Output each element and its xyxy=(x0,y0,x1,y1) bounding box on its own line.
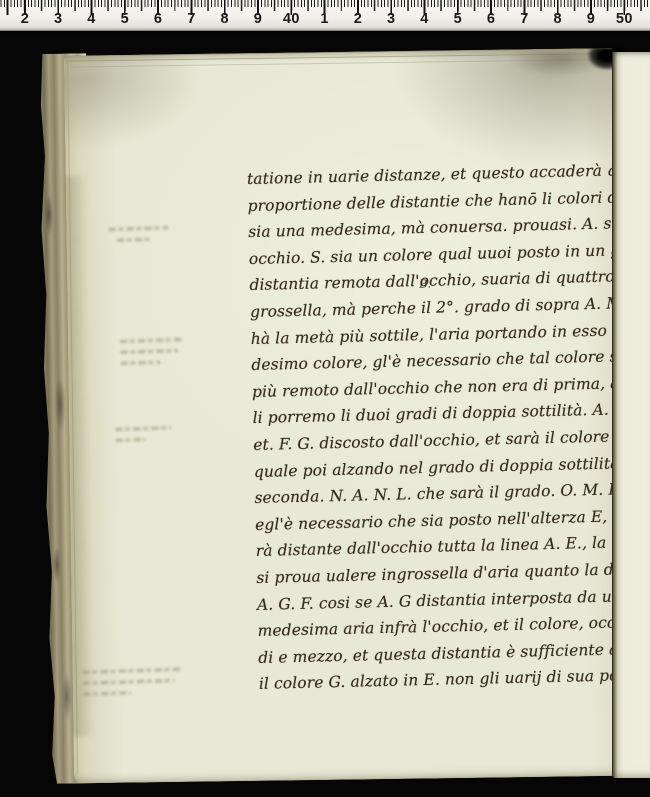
ruler-number: 6 xyxy=(154,11,163,27)
photograph-of-manuscript: 234567894012345678950 tatione xyxy=(0,0,650,797)
ruler-number: 5 xyxy=(454,11,463,27)
ruler-number: 7 xyxy=(520,11,529,27)
next-page-sliver xyxy=(612,52,650,778)
ruler-number: 1 xyxy=(320,11,329,27)
ruler-number: 4 xyxy=(420,11,429,27)
ruler-number: 40 xyxy=(283,11,300,27)
bleedthrough-note xyxy=(115,419,176,450)
book-page: tatione in uarie distanze, et questo acc… xyxy=(30,42,624,788)
ruler-number: 9 xyxy=(587,11,596,27)
ruler-number: 4 xyxy=(87,11,96,27)
ruler-number: 50 xyxy=(616,11,633,27)
bleedthrough-note xyxy=(108,219,171,250)
ruler: 234567894012345678950 xyxy=(0,0,650,31)
ruler-number: 6 xyxy=(487,11,496,27)
ruler-number: 2 xyxy=(21,11,30,27)
ruler-number: 3 xyxy=(387,11,396,27)
ruler-number: 7 xyxy=(187,11,196,27)
ruler-number: 5 xyxy=(121,11,130,27)
bleedthrough-note xyxy=(82,660,187,703)
ruler-number: 9 xyxy=(254,11,263,27)
ruler-number: 3 xyxy=(54,11,63,27)
bleedthrough-note xyxy=(120,330,187,372)
superscript-note: B. xyxy=(419,278,431,291)
ruler-number: 8 xyxy=(221,11,230,27)
ruler-number: 8 xyxy=(554,11,563,27)
manuscript-page: tatione in uarie distanze, et questo acc… xyxy=(64,48,624,784)
ruler-number: 2 xyxy=(354,11,363,27)
manuscript-text: tatione in uarie distanze, et questo acc… xyxy=(247,157,650,698)
